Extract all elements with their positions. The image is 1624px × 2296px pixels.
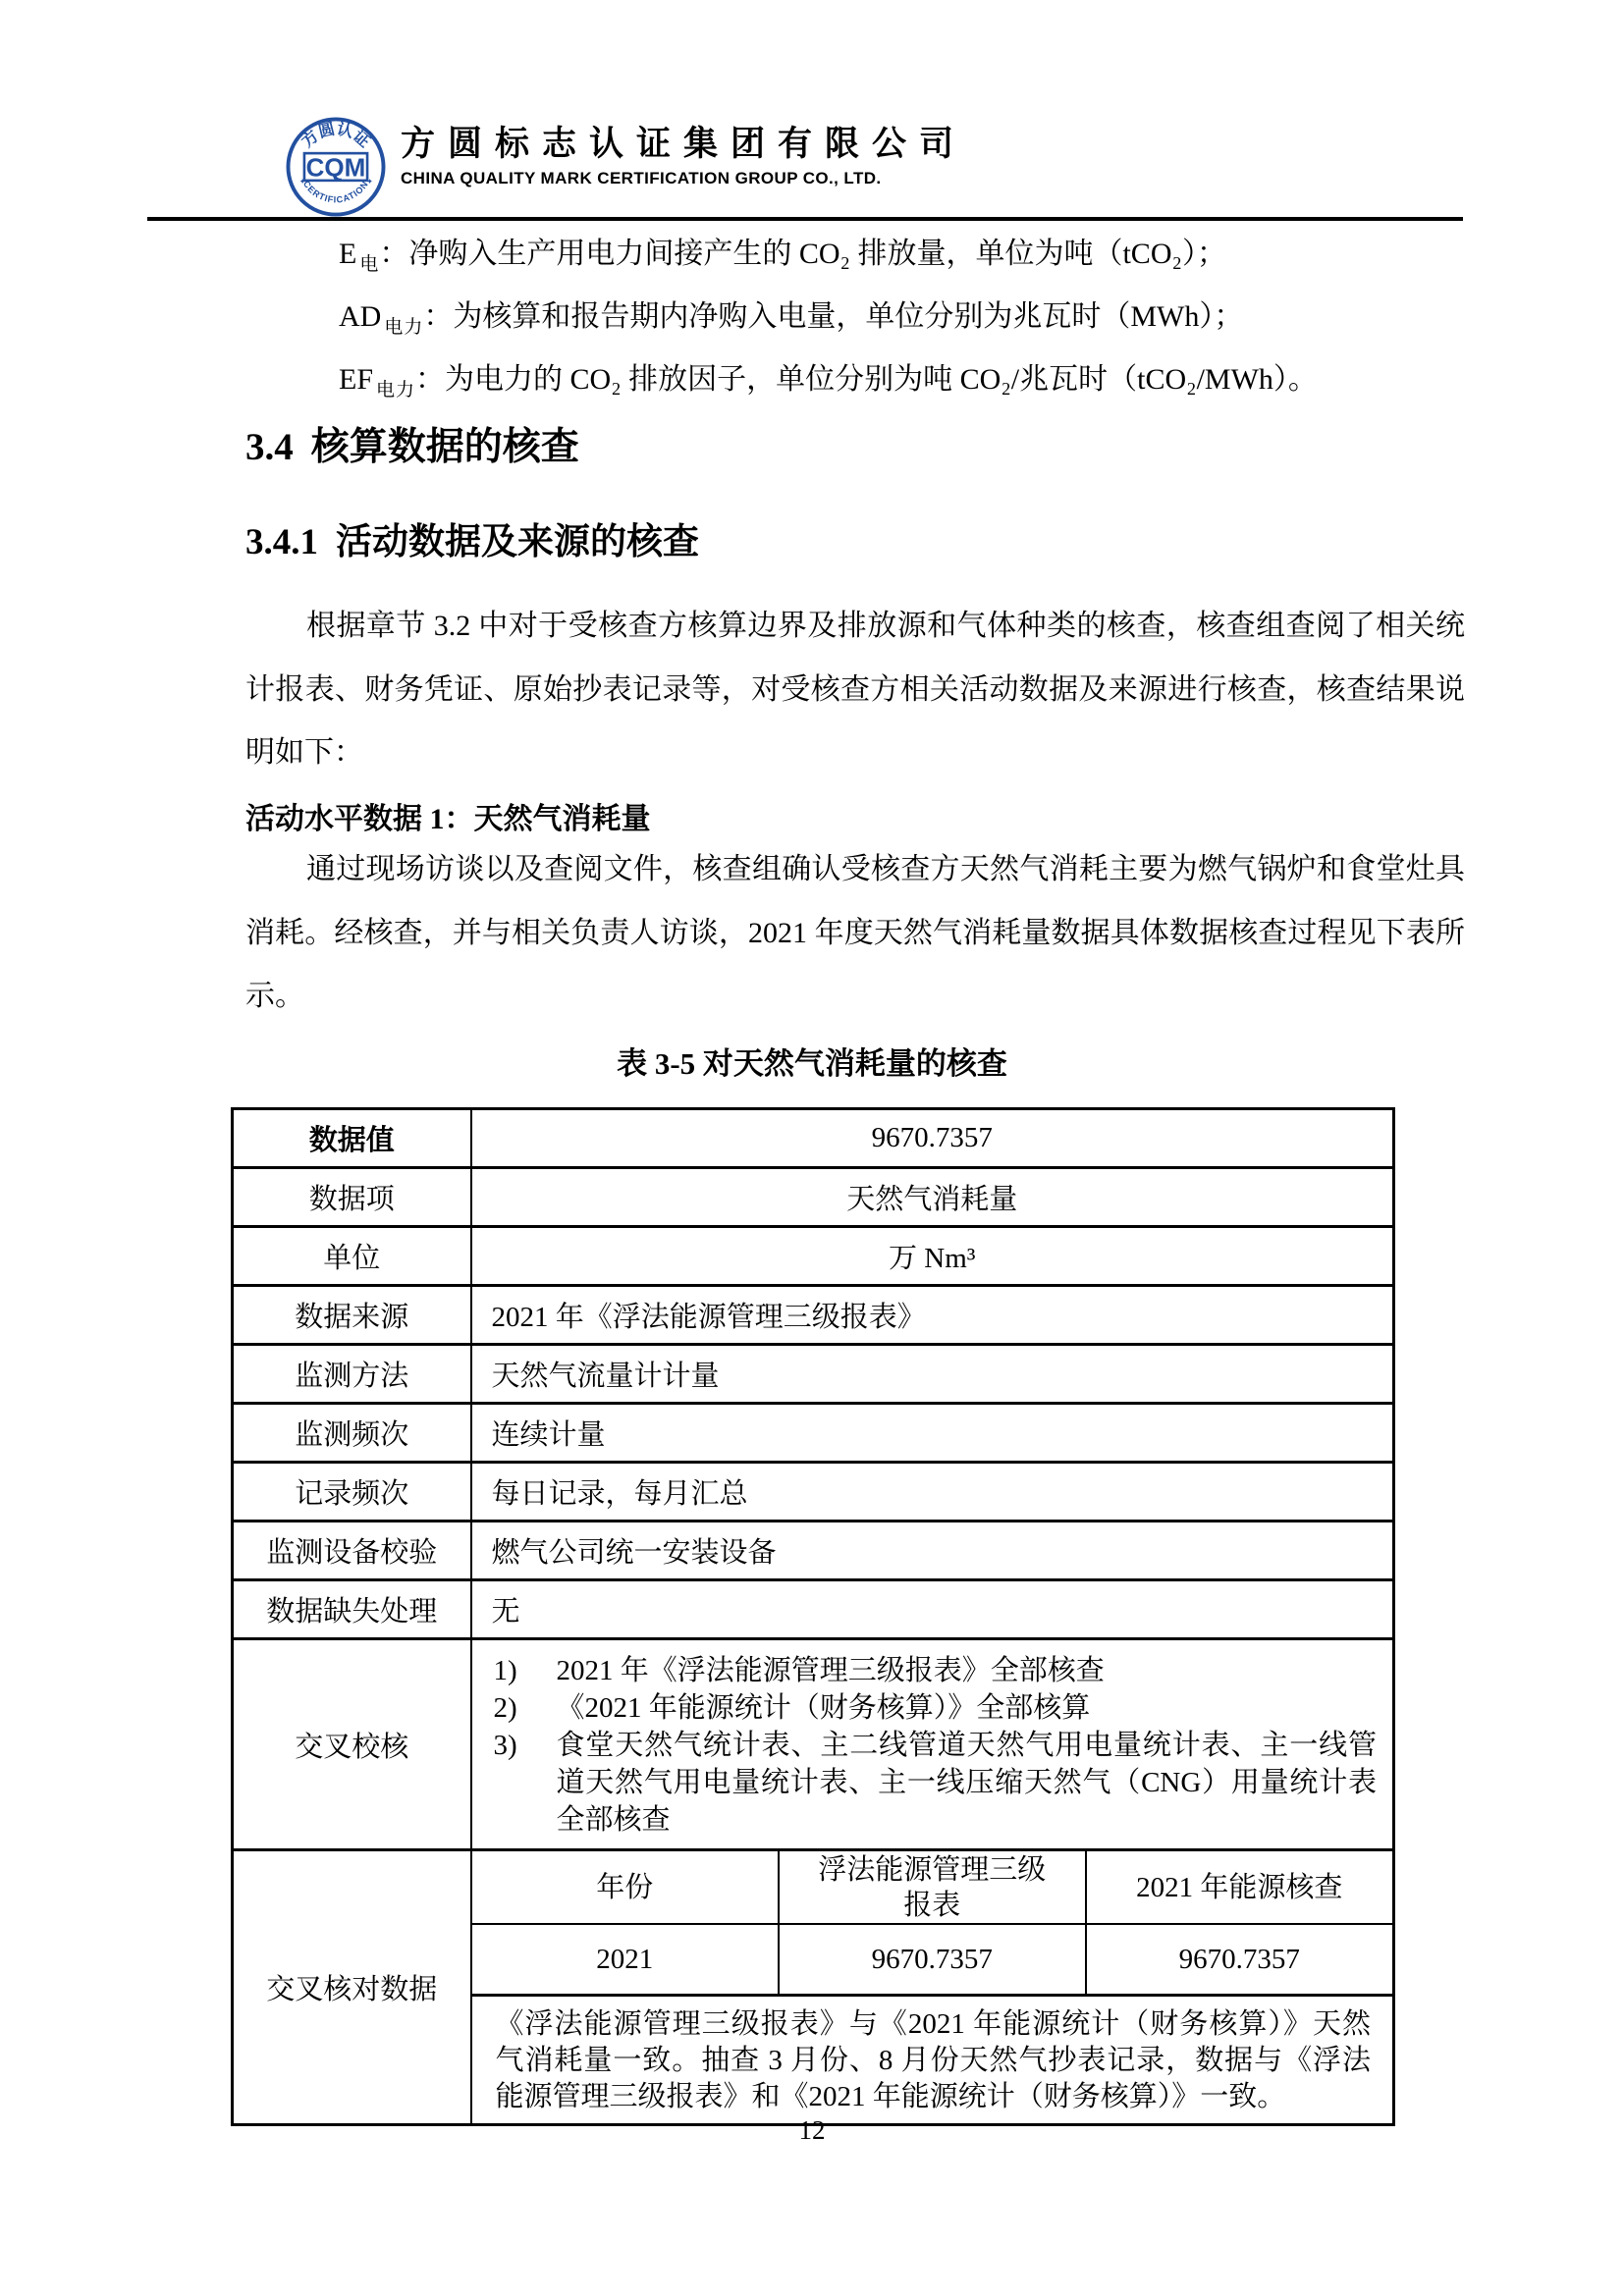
item-marker: 3) xyxy=(472,1727,557,1839)
verification-table: 数据值 9670.7357 数据项 天然气消耗量 单位 万 Nm³ 数据来源 2… xyxy=(231,1107,1395,2126)
cqm-seal-icon: 方圆认证 CERTIFICATION CQM ✦ ✦ xyxy=(285,116,387,218)
table-row: 单位 万 Nm³ xyxy=(233,1227,1394,1286)
table-row: 数据值 9670.7357 xyxy=(233,1109,1394,1168)
row-value: 天然气流量计计量 xyxy=(471,1345,1394,1404)
row-label: 单位 xyxy=(233,1227,471,1286)
seal-star-left: ✦ xyxy=(299,177,306,186)
document-page: 方圆认证 CERTIFICATION CQM ✦ ✦ 方圆标志认证集团有限公司 … xyxy=(0,0,1624,2296)
symbol-subscript: 电 xyxy=(356,254,379,275)
cross-data-subtable: 年份 浮法能源管理三级报表 2021 年能源核查 2021 9670.7357 … xyxy=(472,1851,1393,1997)
company-name-cn: 方圆标志认证集团有限公司 xyxy=(401,122,966,167)
definition-line-ad: AD电力：为核算和报告期内净购入电量，单位分别为兆瓦时（MWh）； xyxy=(339,292,1468,339)
section-heading-3-4-1: 3.4.1活动数据及来源的核查 xyxy=(245,511,699,564)
header-company-block: 方圆标志认证集团有限公司 CHINA QUALITY MARK CERTIFIC… xyxy=(401,122,966,188)
seal-bottom-text: CERTIFICATION xyxy=(301,179,370,204)
definition-text: ：为电力的 CO₂ 排放因子，单位分别为吨 CO₂/兆瓦时（tCO₂/MWh）。 xyxy=(415,363,1318,396)
cross-check-item: 1) 2021 年《浮法能源管理三级报表》全部核查 xyxy=(472,1652,1393,1689)
section-title: 核算数据的核查 xyxy=(311,426,579,468)
page-number: 12 xyxy=(0,2115,1624,2146)
definition-text: ：为核算和报告期内净购入电量，单位分别为兆瓦时（MWh）； xyxy=(423,300,1243,333)
row-label: 记录频次 xyxy=(233,1463,471,1522)
table-row: 监测设备校验 燃气公司统一安装设备 xyxy=(233,1522,1394,1580)
seal-acronym: CQM xyxy=(306,153,366,183)
svg-text:方圆认证: 方圆认证 xyxy=(298,120,373,152)
row-label: 数据项 xyxy=(233,1168,471,1227)
table-caption: 表 3-5 对天然气消耗量的核查 xyxy=(0,1039,1624,1083)
definition-line-ef: EF电力：为电力的 CO₂ 排放因子，单位分别为吨 CO₂/兆瓦时（tCO₂/M… xyxy=(339,354,1468,401)
item-marker: 2) xyxy=(472,1689,557,1727)
row-value: 9670.7357 xyxy=(471,1109,1394,1168)
section-title: 活动数据及来源的核查 xyxy=(336,522,699,562)
seal-star-right: ✦ xyxy=(366,177,373,186)
svg-text:CERTIFICATION: CERTIFICATION xyxy=(301,179,370,204)
row-value: 燃气公司统一安装设备 xyxy=(471,1522,1394,1580)
definition-line-e: E电：净购入生产用电力间接产生的 CO₂ 排放量，单位为吨（tCO₂）； xyxy=(339,229,1468,276)
row-label: 交叉校核 xyxy=(233,1639,471,1850)
item-text: 2021 年《浮法能源管理三级报表》全部核查 xyxy=(557,1652,1393,1689)
symbol-subscript: 电力 xyxy=(381,317,423,338)
row-value: 无 xyxy=(471,1580,1394,1639)
table-row: 数据来源 2021 年《浮法能源管理三级报表》 xyxy=(233,1286,1394,1345)
subtable-header: 2021 年能源核查 xyxy=(1086,1851,1393,1924)
seal-top-text: 方圆认证 xyxy=(298,120,373,152)
cross-check-item: 2) 《2021 年能源统计（财务核算）》全部核算 xyxy=(472,1689,1393,1727)
symbol: E xyxy=(339,238,356,270)
definition-text: ：净购入生产用电力间接产生的 CO₂ 排放量，单位为吨（tCO₂）； xyxy=(379,238,1226,270)
item-marker: 1) xyxy=(472,1652,557,1689)
item-text: 《2021 年能源统计（财务核算）》全部核算 xyxy=(557,1689,1393,1727)
cross-check-list: 1) 2021 年《浮法能源管理三级报表》全部核查 2) 《2021 年能源统计… xyxy=(471,1639,1394,1850)
symbol-subscript: 电力 xyxy=(373,380,415,400)
subtable-header-row: 年份 浮法能源管理三级报表 2021 年能源核查 xyxy=(472,1851,1393,1924)
row-label: 数据缺失处理 xyxy=(233,1580,471,1639)
row-value: 天然气消耗量 xyxy=(471,1168,1394,1227)
table-row: 数据项 天然气消耗量 xyxy=(233,1168,1394,1227)
row-label: 交叉核对数据 xyxy=(233,1850,471,2125)
symbol: EF xyxy=(339,363,373,396)
paragraph-verification-intro: 根据章节 3.2 中对于受核查方核算边界及排放源和气体种类的核查，核查组查阅了相… xyxy=(245,595,1465,785)
symbol: AD xyxy=(339,300,381,333)
table-row: 监测频次 连续计量 xyxy=(233,1404,1394,1463)
subtable-value: 2021 xyxy=(472,1924,780,1996)
header-divider xyxy=(147,217,1463,221)
table-row: 监测方法 天然气流量计计量 xyxy=(233,1345,1394,1404)
section-number: 3.4.1 xyxy=(245,522,336,562)
section-number: 3.4 xyxy=(245,426,311,468)
row-value: 每日记录，每月汇总 xyxy=(471,1463,1394,1522)
cross-check-row: 交叉校核 1) 2021 年《浮法能源管理三级报表》全部核查 2) 《2021 … xyxy=(233,1639,1394,1850)
cross-check-item: 3) 食堂天然气统计表、主二线管道天然气用电量统计表、主一线管道天然气用电量统计… xyxy=(472,1727,1393,1839)
table-row: 记录频次 每日记录，每月汇总 xyxy=(233,1463,1394,1522)
row-label: 数据值 xyxy=(233,1109,471,1168)
row-value: 万 Nm³ xyxy=(471,1227,1394,1286)
company-name-en: CHINA QUALITY MARK CERTIFICATION GROUP C… xyxy=(401,169,966,188)
cross-data-note: 《浮法能源管理三级报表》与《2021 年能源统计（财务核算）》天然气消耗量一致。… xyxy=(472,1997,1393,2123)
subtable-data-row: 2021 9670.7357 9670.7357 xyxy=(472,1924,1393,1996)
cross-data-cell: 年份 浮法能源管理三级报表 2021 年能源核查 2021 9670.7357 … xyxy=(471,1850,1394,2125)
item-text: 食堂天然气统计表、主二线管道天然气用电量统计表、主一线管道天然气用电量统计表、主… xyxy=(557,1727,1393,1839)
subtable-value: 9670.7357 xyxy=(1086,1924,1393,1996)
row-label: 监测设备校验 xyxy=(233,1522,471,1580)
row-label: 监测方法 xyxy=(233,1345,471,1404)
row-label: 数据来源 xyxy=(233,1286,471,1345)
cross-data-row: 交叉核对数据 年份 浮法能源管理三级报表 2021 年能源核查 2021 967… xyxy=(233,1850,1394,2125)
row-value: 连续计量 xyxy=(471,1404,1394,1463)
activity-data-heading: 活动水平数据 1：天然气消耗量 xyxy=(245,794,651,837)
section-heading-3-4: 3.4核算数据的核查 xyxy=(245,416,579,471)
paragraph-gas-consumption: 通过现场访谈以及查阅文件，核查组确认受核查方天然气消耗主要为燃气锅炉和食堂灶具消… xyxy=(245,838,1465,1029)
subtable-header: 浮法能源管理三级报表 xyxy=(779,1851,1086,1924)
subtable-value: 9670.7357 xyxy=(779,1924,1086,1996)
row-label: 监测频次 xyxy=(233,1404,471,1463)
subtable-header: 年份 xyxy=(472,1851,780,1924)
table-row: 数据缺失处理 无 xyxy=(233,1580,1394,1639)
row-value: 2021 年《浮法能源管理三级报表》 xyxy=(471,1286,1394,1345)
